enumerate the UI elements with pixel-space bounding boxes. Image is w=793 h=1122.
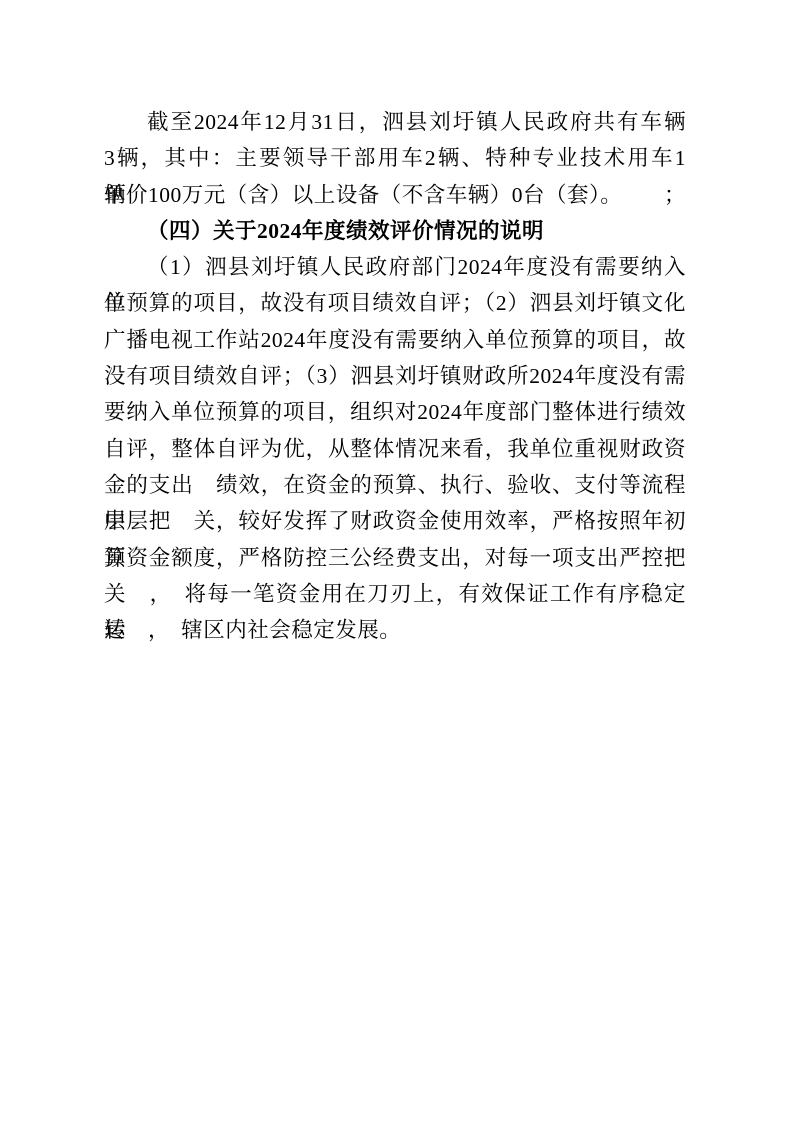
- text-line: 截至2024年12月31日，泗县刘圩镇人民政府共有车辆: [104, 104, 686, 140]
- text-line: 位预算的项目，故没有项目绩效自评；（2）泗县刘圩镇文化: [104, 285, 686, 321]
- document-text-block: 截至2024年12月31日，泗县刘圩镇人民政府共有车辆3辆，其中：主要领导干部用…: [104, 104, 686, 648]
- text-line: 单价100万元（含）以上设备（不含车辆）0台（套）。: [104, 177, 686, 213]
- text-line: 要纳入单位预算的项目，组织对2024年度部门整体进行绩效: [104, 394, 686, 430]
- text-line: 算资金额度，严格防控三公经费支出，对每一项支出严控把: [104, 540, 686, 576]
- text-line: 没有项目绩效自评；（3）泗县刘圩镇财政所2024年度没有需: [104, 358, 686, 394]
- text-line: （1）泗县刘圩镇人民政府部门2024年度没有需要纳入单: [104, 249, 686, 285]
- text-line: 金的支出 绩效，在资金的预算、执行、验收、支付等流程中: [104, 467, 686, 503]
- text-line: 3辆，其中：主要领导干部用车2辆、特种专业技术用车1辆；: [104, 140, 686, 176]
- section-heading: （四）关于2024年度绩效评价情况的说明: [104, 213, 686, 249]
- text-line: 关 ， 将每一笔资金用在刀刃上，有效保证工作有序稳定运: [104, 576, 686, 612]
- text-line: 层层把 关，较好发挥了财政资金使用效率，严格按照年初预: [104, 503, 686, 539]
- text-line: 广播电视工作站2024年度没有需要纳入单位预算的项目，故: [104, 322, 686, 358]
- document-page: 截至2024年12月31日，泗县刘圩镇人民政府共有车辆3辆，其中：主要领导干部用…: [0, 0, 793, 1122]
- text-line: 自评，整体自评为优，从整体情况来看，我单位重视财政资: [104, 431, 686, 467]
- text-line: 转 ， 辖区内社会稳定发展。: [104, 612, 686, 648]
